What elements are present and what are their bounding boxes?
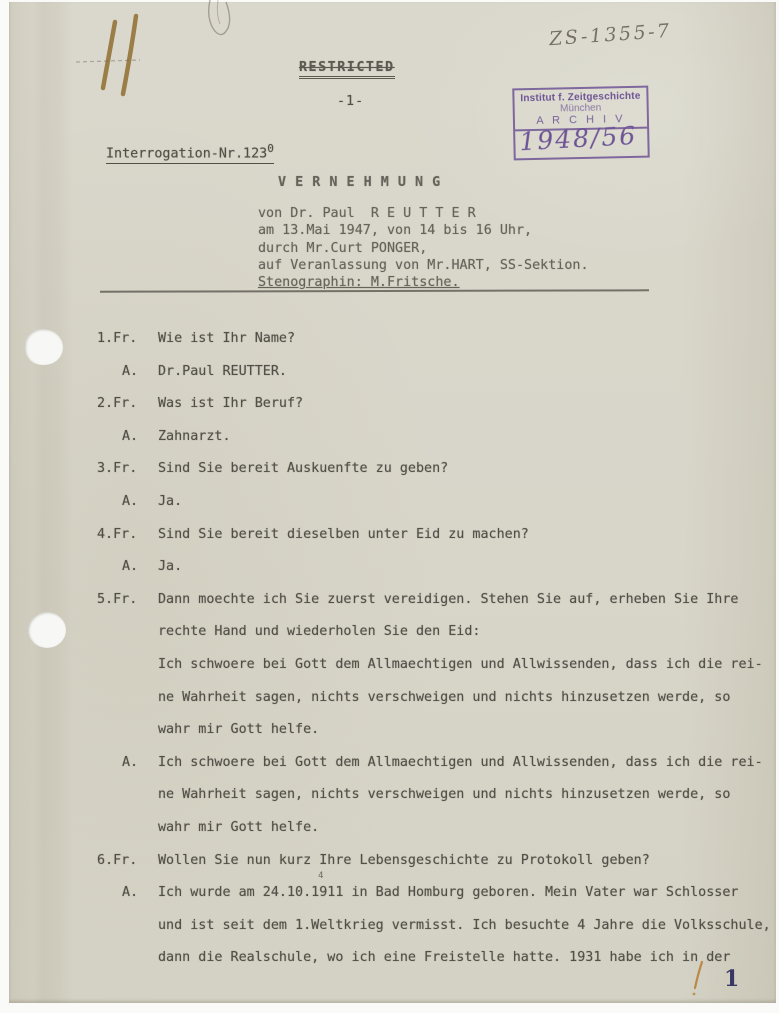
interrogation-number-superscript: 0 (267, 142, 274, 155)
qa-label: A. (97, 885, 158, 900)
qa-label: 3.Fr. (97, 461, 158, 476)
meta-line: am 13.Mai 1947, von 14 bis 16 Uhr, (258, 223, 589, 240)
qa-text: Sind Sie bereit dieselben unter Eid zu m… (158, 527, 529, 542)
qa-text: und ist seit dem 1.Weltkrieg vermisst. I… (158, 918, 771, 933)
answer-line: A.Ich schwoere bei Gott dem Allmaechtige… (97, 755, 757, 788)
answer-line: A.Ich wurde am 24.10.1911 in Bad Homburg… (97, 885, 757, 918)
stamp-number-box: 1948/56 (513, 129, 650, 161)
qa-text: Ich wurde am 24.10.1911 in Bad Homburg g… (158, 885, 738, 900)
qa-text: dann die Realschule, wo ich eine Freiste… (158, 950, 730, 965)
answer-line: A.Zahnarzt. (97, 429, 757, 462)
question-line: 3.Fr.Sind Sie bereit Auskuenfte zu geben… (97, 461, 757, 494)
qa-label: 4.Fr. (97, 527, 158, 542)
qa-label: 1.Fr. (97, 331, 158, 346)
paperclip-imprint-icon (192, 0, 252, 44)
qa-label: 6.Fr. (97, 853, 158, 868)
document-title: V E R N E H M U N G (278, 175, 441, 190)
continuation-line: wahr mir Gott helfe. (97, 820, 757, 853)
qa-label: A. (97, 494, 158, 509)
continuation-line: dann die Realschule, wo ich eine Freiste… (97, 950, 757, 983)
qa-text: Dr.Paul REUTTER. (158, 364, 287, 379)
question-line: 6.Fr.Wollen Sie nun kurz Ihre Lebensgesc… (97, 853, 757, 886)
continuation-line: ne Wahrheit sagen, nichts verschweigen u… (97, 690, 757, 723)
qa-text: Was ist Ihr Beruf? (158, 396, 303, 411)
qa-label: 5.Fr. (97, 592, 158, 607)
qa-text: Ja. (158, 559, 182, 574)
interrogation-number-text: Interrogation-Nr.123 (106, 146, 267, 161)
qa-text: Sind Sie bereit Auskuenfte zu geben? (158, 461, 448, 476)
qa-text: Ja. (158, 494, 182, 509)
classification-marking: RESTRICTED (299, 60, 395, 79)
qa-text: Wollen Sie nun kurz Ihre Lebensgeschicht… (158, 853, 650, 868)
qa-label: A. (97, 755, 158, 770)
meta-line: von Dr. Paul R E U T T E R (258, 206, 589, 223)
qa-text: wahr mir Gott helfe. (158, 722, 319, 737)
question-line: 4.Fr.Sind Sie bereit dieselben unter Eid… (97, 527, 757, 560)
page-number: 1 (724, 966, 739, 992)
question-line: 1.Fr.Wie ist Ihr Name? (97, 331, 757, 364)
continuation-line: rechte Hand und wiederholen Sie den Eid: (97, 624, 757, 657)
interrogation-meta-block: von Dr. Paul R E U T T E Ram 13.Mai 1947… (258, 206, 589, 292)
qa-text: Zahnarzt. (158, 429, 231, 444)
qa-text: Ich schwoere bei Gott dem Allmaechtigen … (158, 755, 763, 770)
scanned-document-page: ZS-1355-7 Institut f. Zeitgeschichte Mün… (0, 0, 779, 1013)
qa-label: A. (97, 429, 158, 444)
qa-text: Wie ist Ihr Name? (158, 331, 295, 346)
qa-label: A. (97, 559, 158, 574)
question-line: 5.Fr.Dann moechte ich Sie zuerst vereidi… (97, 592, 757, 625)
orange-check-mark (688, 958, 718, 998)
qa-label: 2.Fr. (97, 396, 158, 411)
answer-line: A.Ja. (97, 494, 757, 527)
continuation-line: Ich schwoere bei Gott dem Allmaechtigen … (97, 657, 757, 690)
question-line: 2.Fr.Was ist Ihr Beruf? (97, 396, 757, 429)
continuation-line: ne Wahrheit sagen, nichts verschweigen u… (97, 787, 757, 820)
answer-line: A.Dr.Paul REUTTER. (97, 364, 757, 397)
interrogation-number: Interrogation-Nr.1230 (106, 141, 274, 164)
qa-label: A. (97, 364, 158, 379)
qa-text: rechte Hand und wiederholen Sie den Eid: (158, 624, 480, 639)
meta-line: auf Veranlassung von Mr.HART, SS-Sektion… (258, 258, 589, 275)
typed-page-marker: -1- (337, 94, 364, 109)
handwritten-tally-mark-11 (70, 10, 190, 110)
continuation-line: und ist seit dem 1.Weltkrieg vermisst. I… (97, 918, 757, 951)
stray-typed-char: 4 (318, 871, 323, 881)
continuation-line: wahr mir Gott helfe. (97, 722, 757, 755)
stamp-accession-number: 1948/56 (519, 121, 638, 157)
qa-text: ne Wahrheit sagen, nichts verschweigen u… (158, 690, 730, 705)
punch-hole-bottom (28, 612, 66, 648)
archive-stamp: Institut f. Zeitgeschichte München A R C… (512, 86, 649, 161)
answer-line: A.Ja. (97, 559, 757, 592)
qa-block: 1.Fr.Wie ist Ihr Name?A.Dr.Paul REUTTER.… (97, 331, 757, 983)
qa-text: Dann moechte ich Sie zuerst vereidigen. … (158, 592, 738, 607)
qa-text: wahr mir Gott helfe. (158, 820, 319, 835)
qa-text: Ich schwoere bei Gott dem Allmaechtigen … (158, 657, 763, 672)
punch-hole-top (25, 329, 63, 365)
qa-text: ne Wahrheit sagen, nichts verschweigen u… (158, 787, 730, 802)
meta-line: durch Mr.Curt PONGER, (258, 241, 589, 258)
